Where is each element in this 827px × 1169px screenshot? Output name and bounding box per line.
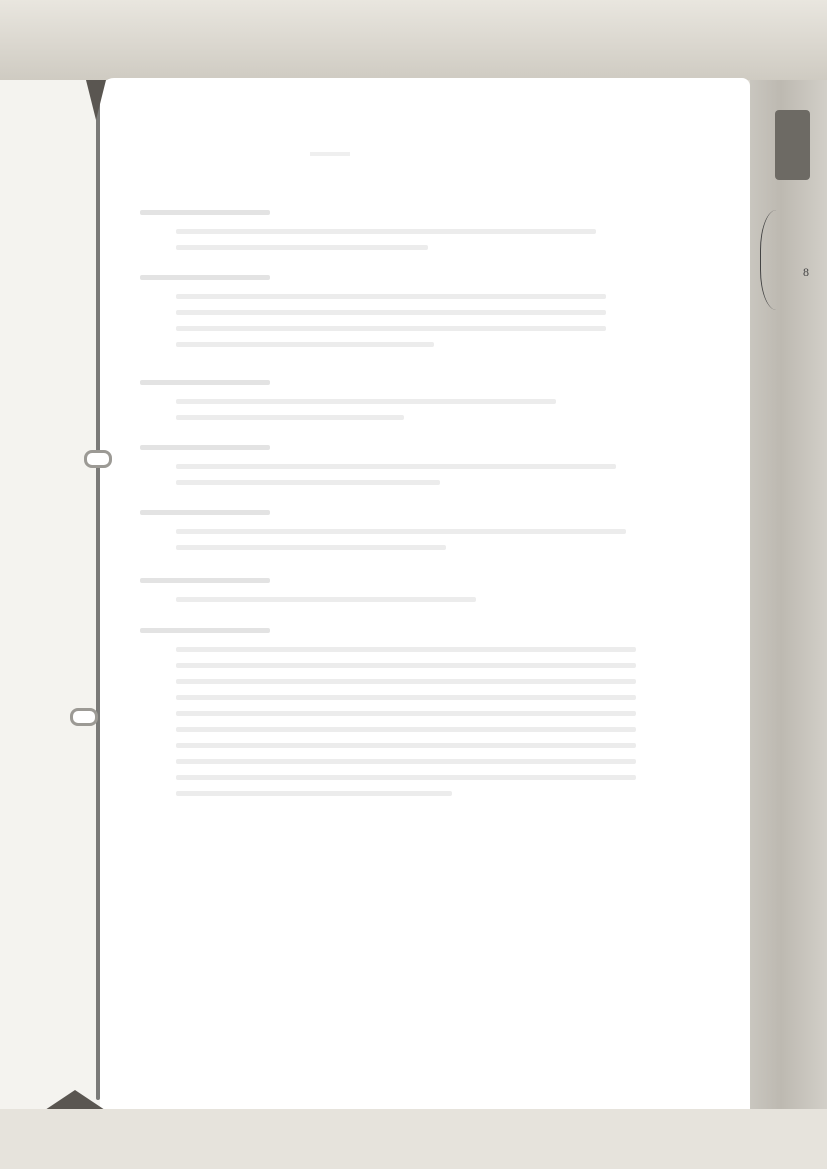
body-line-illegible bbox=[176, 529, 626, 534]
body-line-illegible bbox=[176, 711, 636, 716]
section-heading-illegible bbox=[140, 628, 270, 633]
scan-top-edge bbox=[0, 0, 827, 80]
body-line-illegible bbox=[176, 759, 636, 764]
binder-ring-icon bbox=[84, 450, 112, 468]
body-line-illegible bbox=[176, 415, 404, 420]
document-section bbox=[140, 578, 476, 613]
section-heading-illegible bbox=[140, 578, 270, 583]
body-line-illegible bbox=[176, 229, 596, 234]
facing-page-edge bbox=[0, 80, 100, 1110]
scan-artifact bbox=[775, 110, 810, 180]
page-header-faint bbox=[310, 152, 350, 156]
document-section bbox=[140, 445, 616, 496]
body-line-illegible bbox=[176, 464, 616, 469]
binder-ring-icon bbox=[70, 708, 98, 726]
body-line-illegible bbox=[176, 480, 440, 485]
body-line-illegible bbox=[176, 545, 446, 550]
document-section bbox=[140, 275, 606, 358]
body-line-illegible bbox=[176, 695, 636, 700]
scan-bottom-edge bbox=[0, 1109, 827, 1169]
document-section bbox=[140, 380, 556, 431]
section-heading-illegible bbox=[140, 510, 270, 515]
section-heading-illegible bbox=[140, 445, 270, 450]
body-line-illegible bbox=[176, 775, 636, 780]
margin-annotation: 8 bbox=[803, 265, 809, 280]
body-line-illegible bbox=[176, 597, 476, 602]
body-line-illegible bbox=[176, 399, 556, 404]
body-line-illegible bbox=[176, 326, 606, 331]
body-line-illegible bbox=[176, 727, 636, 732]
body-line-illegible bbox=[176, 791, 452, 796]
body-line-illegible bbox=[176, 743, 636, 748]
body-line-illegible bbox=[176, 310, 606, 315]
body-line-illegible bbox=[176, 647, 636, 652]
body-line-illegible bbox=[176, 342, 434, 347]
handwritten-curve bbox=[760, 210, 801, 310]
body-line-illegible bbox=[176, 679, 636, 684]
document-section bbox=[140, 510, 626, 561]
section-heading-illegible bbox=[140, 210, 270, 215]
binding-spine bbox=[96, 80, 100, 1100]
body-line-illegible bbox=[176, 663, 636, 668]
section-heading-illegible bbox=[140, 380, 270, 385]
body-line-illegible bbox=[176, 245, 428, 250]
document-section bbox=[140, 628, 636, 807]
document-section bbox=[140, 210, 596, 261]
body-line-illegible bbox=[176, 294, 606, 299]
section-heading-illegible bbox=[140, 275, 270, 280]
legibility-note: illegible - text too faded to transcribe bbox=[100, 78, 101, 79]
